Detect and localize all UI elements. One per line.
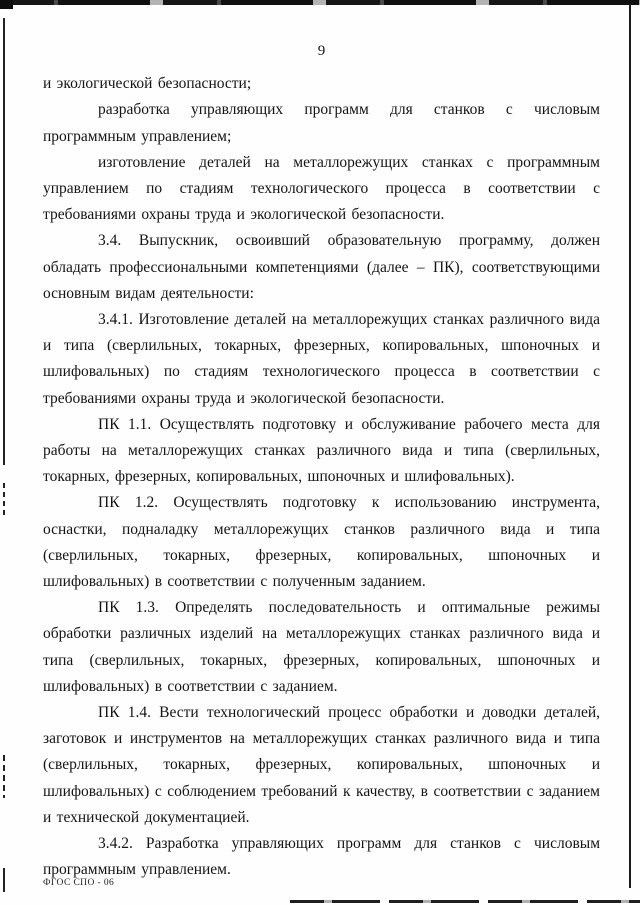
paragraph: 3.4.2. Разработка управляющих программ д… [43, 831, 600, 883]
scanned-document-page: 9 и экологической безопасности; разработ… [0, 0, 640, 905]
scan-corner-artifact [0, 0, 13, 9]
scan-bottom-edge-artifact [290, 900, 640, 903]
paragraph: ПК 1.2. Осуществлять подготовку к исполь… [43, 490, 600, 595]
paragraph: изготовление деталей на металлорежущих с… [43, 150, 600, 229]
scan-left-edge-line [3, 755, 5, 798]
paragraph: ПК 1.4. Вести технологический процесс об… [43, 700, 600, 831]
paragraph: разработка управляющих программ для стан… [43, 97, 600, 149]
footer-document-code: ФГОС СПО - 06 [43, 878, 114, 888]
paragraph: ПК 1.1. Осуществлять подготовку и обслуж… [43, 412, 600, 491]
paragraph: ПК 1.3. Определять последовательность и … [43, 595, 600, 700]
page-number: 9 [43, 38, 600, 64]
scan-right-edge-line [629, 4, 631, 888]
paragraph: и экологической безопасности; [43, 71, 600, 97]
scan-left-edge-line [3, 18, 5, 465]
scan-left-edge-line [3, 868, 5, 892]
scan-top-edge-artifact [0, 0, 640, 5]
scan-left-edge-line [3, 483, 5, 518]
paragraph: 3.4. Выпускник, освоивший образовательну… [43, 228, 600, 307]
paragraph: 3.4.1. Изготовление деталей на металлоре… [43, 307, 600, 412]
document-body: 9 и экологической безопасности; разработ… [43, 38, 600, 884]
